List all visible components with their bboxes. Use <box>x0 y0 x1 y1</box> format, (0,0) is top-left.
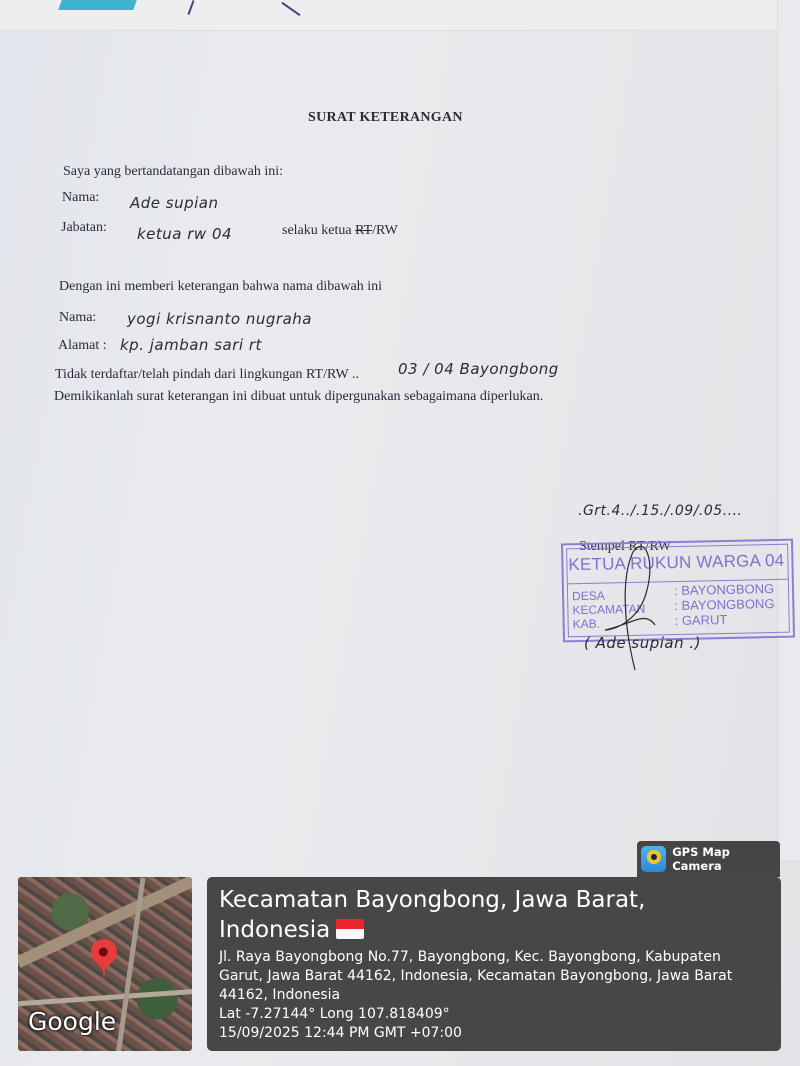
google-logo: Google <box>28 1007 116 1036</box>
status-value: 03 / 04 Bayongbong <box>398 360 559 378</box>
app-name: GPS Map Camera <box>672 845 780 873</box>
full-address: Jl. Raya Bayongbong No.77, Bayongbong, K… <box>219 948 769 1005</box>
subject-name-value: yogi krisnanto nugraha <box>127 310 312 328</box>
signer-name-value: Ade supian <box>130 194 219 212</box>
paper-fold <box>0 0 800 31</box>
signature-scribble <box>575 540 695 680</box>
indonesia-flag-icon <box>336 919 364 939</box>
role-prefix: selaku ketua <box>282 223 355 238</box>
role-suffix: /RW <box>372 223 398 238</box>
map-road <box>18 989 192 1007</box>
pen-line <box>187 0 194 15</box>
date-line: .Grt.4../.15./.09/.05.... <box>578 503 743 519</box>
status-text: Tidak terdaftar/telah pindah dari lingku… <box>55 367 359 383</box>
gps-map-camera-badge: GPS Map Camera <box>637 841 780 877</box>
statement-text: Dengan ini memberi keterangan bahwa nama… <box>59 279 382 295</box>
subject-name-label: Nama: <box>59 310 96 326</box>
role-struck: RT <box>355 223 372 238</box>
camera-lens-icon <box>641 846 666 872</box>
place-country: Indonesia <box>219 917 330 943</box>
paper-edge <box>777 0 800 860</box>
timestamp: 15/09/2025 12:44 PM GMT +07:00 <box>219 1024 769 1043</box>
signer-position-value: ketua rw 04 <box>137 225 232 243</box>
signer-position-label: Jabatan: <box>61 220 107 236</box>
closing-text: Demikikanlah surat keterangan ini dibuat… <box>54 389 543 405</box>
place-line-1: Kecamatan Bayongbong, Jawa Barat, <box>219 885 769 915</box>
signer-role: selaku ketua RT/RW <box>282 223 398 239</box>
place-line-2: Indonesia <box>219 915 769 945</box>
subject-address-value: kp. jamban sari rt <box>120 336 262 354</box>
signer-name-label: Nama: <box>62 190 99 206</box>
map-thumbnail[interactable]: Google <box>18 877 192 1051</box>
gps-info-panel: Kecamatan Bayongbong, Jawa Barat, Indone… <box>207 877 781 1051</box>
pen-line <box>281 2 300 16</box>
blue-paper-corner <box>58 0 137 10</box>
map-pin-icon <box>86 934 123 971</box>
coordinates: Lat -7.27144° Long 107.818409° <box>219 1005 769 1024</box>
intro-text: Saya yang bertandatangan dibawah ini: <box>63 164 283 180</box>
signature-name: ( Ade supian .) <box>584 634 701 652</box>
subject-address-label: Alamat : <box>58 338 107 354</box>
document-title: SURAT KETERANGAN <box>308 110 463 126</box>
